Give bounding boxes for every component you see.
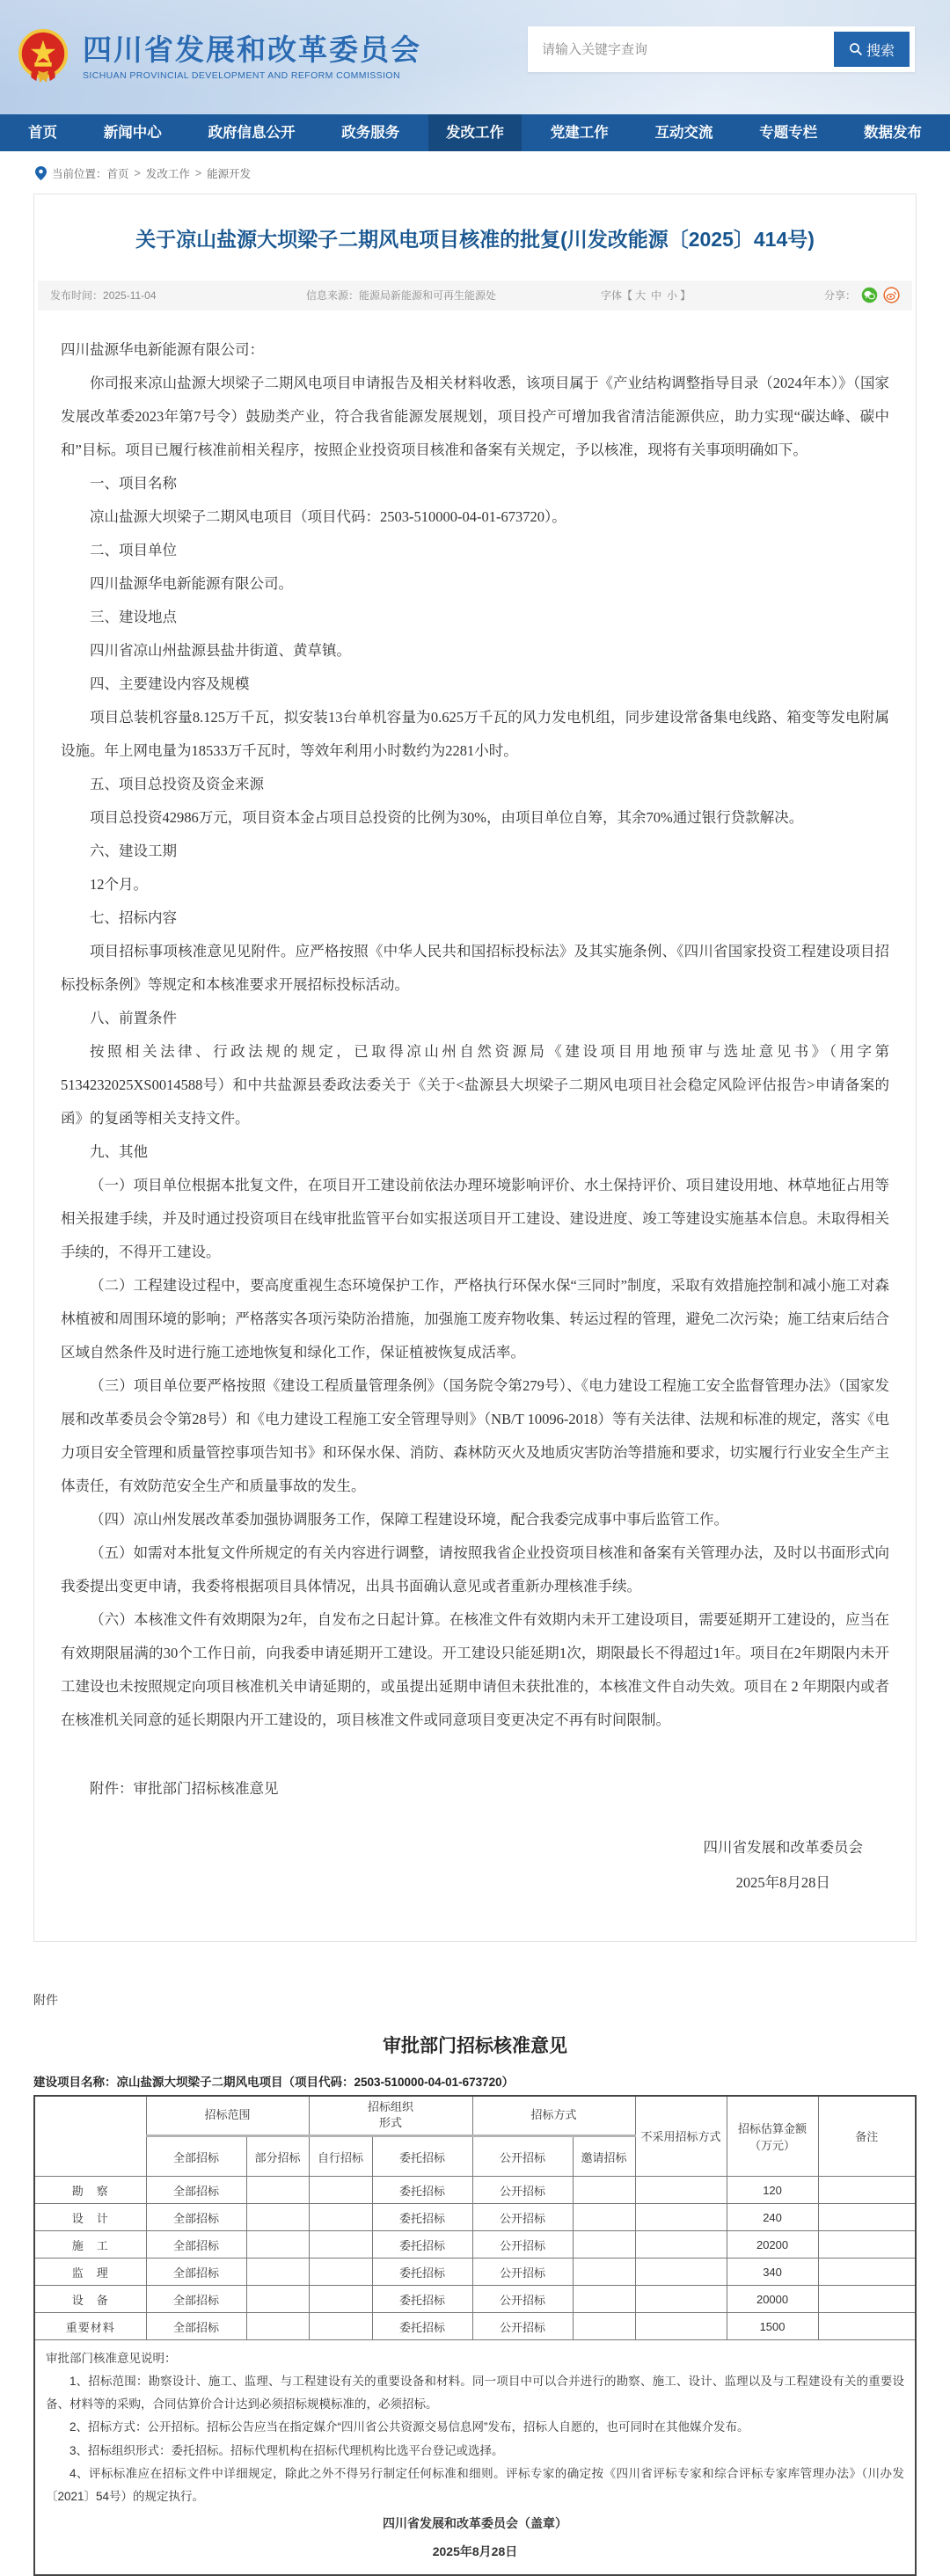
bidding-table-cell: 全部招标 [146,2204,246,2231]
nav-item-7[interactable]: 专题专栏 [742,114,835,151]
bidding-table-cell [573,2313,635,2340]
bidding-table-row: 设 备全部招标委托招标公开招标20000 [34,2286,916,2313]
bidding-table-cell [573,2231,635,2259]
section-heading: 四、主要建设内容及规模 [61,668,889,701]
font-label-open: 字体【 [601,289,632,302]
bidding-table-row: 重要材料全部招标委托招标公开招标1500 [34,2313,916,2340]
bidding-table-cell [309,2231,372,2259]
attachment-section: 附件 审批部门招标核准意见 建设项目名称：凉山盐源大坝梁子二期风电项目（项目代码… [33,1991,917,2576]
header-full-bidding: 全部招标 [146,2136,246,2177]
bidding-table-cell: 委托招标 [372,2231,472,2259]
notes-row: 审批部门核准意见说明： 1、招标范围：勘察设计、施工、监理、与工程建设有关的重要… [34,2340,916,2575]
bidding-table-cell: 委托招标 [372,2177,472,2204]
source-value: 能源局新能源和可再生能源处 [359,289,496,302]
bidding-approval-table: 招标范围 招标组织 形式 招标方式 不采用招标方式 招标估算金额（万元） 备注 … [33,2095,917,2576]
bidding-table-cell [309,2204,372,2231]
note-line-3: 4、评标标准应在招标文件中详细规定，除此之外不得另行制定任何标准和细则。评标专家… [46,2463,904,2509]
bidding-table-row: 监 理全部招标委托招标公开招标340 [34,2259,916,2286]
stamp-signature: 四川省发展和改革委员会（盖章） [46,2509,904,2537]
section-heading: 六、建设工期 [61,835,889,868]
stamp-date: 2025年8月28日 [46,2537,904,2565]
article-title: 关于凉山盐源大坝梁子二期风电项目核准的批复(川发改能源〔2025〕414号) [34,194,916,275]
paragraph: 项目总装机容量8.125万千瓦，拟安装13台单机容量为0.625万千瓦的风力发电… [61,701,889,768]
bidding-table-cell: 重要材料 [34,2313,146,2340]
nav-item-1[interactable]: 新闻中心 [86,114,179,151]
paragraph: 12个月。 [61,868,889,901]
article-box: 关于凉山盐源大坝梁子二期风电项目核准的批复(川发改能源〔2025〕414号) 发… [33,193,917,1942]
bidding-table-cell [246,2286,309,2313]
header-partial-bidding: 部分招标 [246,2136,309,2177]
breadcrumb-link-0[interactable]: 首页 [107,165,129,181]
bidding-table-row: 勘 察全部招标委托招标公开招标120 [34,2177,916,2204]
bidding-table-cell [573,2259,635,2286]
bidding-table-cell [246,2231,309,2259]
nav-item-5[interactable]: 党建工作 [533,114,626,151]
nav-item-3[interactable]: 政务服务 [324,114,417,151]
notes-list: 1、招标范围：勘察设计、施工、监理、与工程建设有关的重要设备和材料。同一项目中可… [46,2370,904,2509]
bidding-table-cell [246,2259,309,2286]
nav-item-6[interactable]: 互动交流 [638,114,731,151]
paragraph: 附件：审批部门招标核准意见 [61,1772,889,1806]
attachment-project-line: 建设项目名称：凉山盐源大坝梁子二期风电项目（项目代码：2503-510000-0… [33,2072,917,2090]
bidding-table-cell: 240 [727,2204,818,2231]
site-subtitle: SICHUAN PROVINCIAL DEVELOPMENT AND REFOR… [83,70,421,81]
bidding-table-row: 设 计全部招标委托招标公开招标240 [34,2204,916,2231]
bidding-table-cell: 全部招标 [146,2286,246,2313]
bidding-table-cell [818,2177,916,2204]
bidding-table-cell [635,2177,727,2204]
weibo-share-icon[interactable] [883,287,900,303]
search-box: 搜索 [528,26,915,72]
bidding-table-cell: 勘 察 [34,2177,146,2204]
bidding-table-cell: 设 备 [34,2286,146,2313]
bidding-table-row: 施 工全部招标委托招标公开招标20200 [34,2231,916,2259]
breadcrumb-separator: > [195,167,201,179]
breadcrumb: 当前位置： 首页>发改工作>能源开发 [0,151,950,190]
search-button-label: 搜索 [866,40,895,60]
bidding-table-cell: 20200 [727,2231,818,2259]
bidding-table-cell: 120 [727,2177,818,2204]
search-icon [849,42,863,56]
paragraph: 凉山盐源大坝梁子二期风电项目（项目代码：2503-510000-04-01-67… [61,500,889,534]
signature-block: 四川省发展和改革委员会 2025年8月28日 [704,1830,864,1901]
section-heading: 一、项目名称 [61,467,889,500]
header-open-bidding: 公开招标 [472,2136,573,2177]
breadcrumb-link-1[interactable]: 发改工作 [146,165,190,181]
bidding-table-body: 勘 察全部招标委托招标公开招标120设 计全部招标委托招标公开招标240施 工全… [34,2177,916,2340]
bidding-table-cell: 委托招标 [372,2259,472,2286]
bidding-table-cell: 委托招标 [372,2286,472,2313]
paragraph: 你司报来凉山盐源大坝梁子二期风电项目申请报告及相关材料收悉，该项目属于《产业结构… [61,367,889,467]
article-meta-bar: 发布时间：2025-11-04 信息来源：能源局新能源和可再生能源处 字体【大中… [38,281,912,310]
nav-item-0[interactable]: 首页 [11,114,75,151]
paragraph: （四）凉山州发展改革委加强协调服务工作，保障工程建设环境，配合我委完成事中事后监… [61,1503,889,1536]
bidding-table-cell [818,2313,916,2340]
font-label-close: 】 [680,289,691,302]
header-bid-scope: 招标范围 [146,2096,309,2136]
bidding-table-cell [246,2177,309,2204]
breadcrumb-items: 首页>发改工作>能源开发 [107,165,252,181]
section-heading: 九、其他 [61,1135,889,1169]
paragraph: 四川盐源华电新能源有限公司。 [61,567,889,601]
nav-item-2[interactable]: 政府信息公开 [191,114,313,151]
header-remark: 备注 [818,2096,916,2177]
notes-tbody: 审批部门核准意见说明： 1、招标范围：勘察设计、施工、监理、与工程建设有关的重要… [34,2340,916,2575]
font-size-option-0[interactable]: 大 [635,289,646,302]
section-heading: 七、招标内容 [61,901,889,935]
signature-org: 四川省发展和改革委员会 [704,1830,864,1865]
bidding-table-cell [573,2204,635,2231]
article-body: 四川盐源华电新能源有限公司：你司报来凉山盐源大坝梁子二期风电项目申请报告及相关材… [34,310,916,1806]
bidding-table-cell [818,2259,916,2286]
bidding-table-cell: 340 [727,2259,818,2286]
paragraph: （六）本核准文件有效期限为2年，自发布之日起计算。在核准文件有效期内未开工建设项… [61,1603,889,1737]
bidding-table-cell: 委托招标 [372,2204,472,2231]
bidding-table-cell: 公开招标 [472,2259,573,2286]
bidding-table-cell [635,2259,727,2286]
bidding-table-cell: 公开招标 [472,2286,573,2313]
bidding-table-cell: 监 理 [34,2259,146,2286]
header-self-bidding: 自行招标 [309,2136,372,2177]
bidding-table-cell [635,2204,727,2231]
notes-cell: 审批部门核准意见说明： 1、招标范围：勘察设计、施工、监理、与工程建设有关的重要… [34,2340,916,2575]
site-header: 四川省发展和改革委员会 SICHUAN PROVINCIAL DEVELOPME… [0,0,950,114]
bidding-table-cell [573,2286,635,2313]
bidding-table-cell [309,2313,372,2340]
notes-title: 审批部门核准意见说明： [46,2347,904,2370]
header-invited-bidding: 邀请招标 [573,2136,635,2177]
section-heading: 五、项目总投资及资金来源 [61,768,889,801]
bidding-table-cell [246,2204,309,2231]
breadcrumb-separator: > [135,167,141,179]
publish-date: 2025-11-04 [103,289,157,302]
main-nav: 首页新闻中心政府信息公开政务服务发改工作党建工作互动交流专题专栏数据发布 [0,114,950,151]
corner-header-cell [34,2096,146,2177]
national-emblem-logo [16,28,70,86]
table-header: 招标范围 招标组织 形式 招标方式 不采用招标方式 招标估算金额（万元） 备注 … [34,2096,916,2177]
table-header-row-1: 招标范围 招标组织 形式 招标方式 不采用招标方式 招标估算金额（万元） 备注 [34,2096,916,2136]
bidding-table-cell: 设 计 [34,2204,146,2231]
bidding-table-cell [635,2231,727,2259]
site-brand: 四川省发展和改革委员会 SICHUAN PROVINCIAL DEVELOPME… [16,28,421,86]
bidding-table-cell: 1500 [727,2313,818,2340]
nav-item-8[interactable]: 数据发布 [846,114,939,151]
bidding-table-cell [309,2259,372,2286]
bidding-table-cell: 全部招标 [146,2259,246,2286]
bidding-table-cell: 施 工 [34,2231,146,2259]
location-pin-icon [35,166,47,180]
section-heading: 三、建设地点 [61,601,889,634]
search-input[interactable] [528,26,834,72]
header-no-bidding: 不采用招标方式 [635,2096,727,2177]
section-heading: 八、前置条件 [61,1002,889,1035]
nav-item-4[interactable]: 发改工作 [428,114,522,151]
signature-date: 2025年8月28日 [704,1865,864,1901]
paragraph: 项目总投资42986万元，项目资本金占项目总投资的比例为30%，由项目单位自筹，… [61,801,889,835]
bidding-table-cell [246,2313,309,2340]
paragraph: （二）工程建设过程中，要高度重视生态环境保护工作，严格执行环保水保“三同时”制度… [61,1269,889,1369]
bidding-table-cell: 全部招标 [146,2177,246,2204]
bidding-table-cell: 公开招标 [472,2313,573,2340]
font-size-switcher: 字体【大中小】 [601,288,824,303]
source-label: 信息来源： [306,289,359,302]
header-bid-method: 招标方式 [472,2096,635,2136]
share-widget: 分享： [824,287,903,303]
bidding-table-cell [635,2313,727,2340]
paragraph: （一）项目单位根据本批复文件，在项目开工建设前依法办理环境影响评价、水土保持评价… [61,1169,889,1269]
font-size-links: 大中小 [632,289,680,302]
paragraph: 项目招标事项核准意见见附件。应严格按照《中华人民共和国招标投标法》及其实施条例、… [61,935,889,1002]
section-heading: 二、项目单位 [61,534,889,567]
wechat-share-icon[interactable] [861,287,878,303]
bidding-table-cell [818,2231,916,2259]
paragraph: 四川盐源华电新能源有限公司： [61,333,889,367]
site-title: 四川省发展和改革委员会 [83,33,421,67]
font-size-option-2[interactable]: 小 [667,289,677,302]
bidding-table-cell [573,2177,635,2204]
header-bid-organization: 招标组织 形式 [309,2096,472,2136]
bidding-table-cell: 委托招标 [372,2313,472,2340]
publish-label: 发布时间： [50,289,103,302]
bidding-table-cell [309,2177,372,2204]
bidding-table-cell: 全部招标 [146,2231,246,2259]
publish-time: 发布时间：2025-11-04 [47,288,306,303]
bidding-table-cell: 公开招标 [472,2204,573,2231]
attachment-title: 审批部门招标核准意见 [33,2032,917,2058]
paragraph: 按照相关法律、行政法规的规定，已取得凉山州自然资源局《建设项目用地预审与选址意见… [61,1035,889,1135]
paragraph: （三）项目单位要严格按照《建设工程质量管理条例》（国务院令第279号）、《电力建… [61,1369,889,1503]
search-button[interactable]: 搜索 [834,32,910,67]
header-estimated-amount: 招标估算金额（万元） [727,2096,818,2177]
bidding-table-cell [635,2286,727,2313]
bidding-table-cell [818,2286,916,2313]
bidding-table-cell: 公开招标 [472,2177,573,2204]
bidding-table-cell [818,2204,916,2231]
bidding-table-cell: 全部招标 [146,2313,246,2340]
brand-text: 四川省发展和改革委员会 SICHUAN PROVINCIAL DEVELOPME… [83,33,421,81]
paragraph: （五）如需对本批复文件所规定的有关内容进行调整，请按照我省企业投资项目核准和备案… [61,1536,889,1603]
header-entrusted-bidding: 委托招标 [372,2136,472,2177]
bidding-table-cell [309,2286,372,2313]
breadcrumb-prefix: 当前位置： [52,165,107,181]
breadcrumb-link-2[interactable]: 能源开发 [207,165,251,181]
note-line-0: 1、招标范围：勘察设计、施工、监理、与工程建设有关的重要设备和材料。同一项目中可… [46,2370,904,2417]
font-size-option-1[interactable]: 中 [651,289,661,302]
bidding-table-cell: 公开招标 [472,2231,573,2259]
paragraph: 四川省凉山州盐源县盐井街道、黄草镇。 [61,634,889,668]
info-source: 信息来源：能源局新能源和可再生能源处 [306,288,601,303]
note-line-1: 2、招标方式：公开招标。招标公告应当在指定媒介“四川省公共资源交易信息网”发布，… [46,2416,904,2439]
bidding-table-cell: 20000 [727,2286,818,2313]
attachment-label: 附件 [33,1991,917,2009]
share-label: 分享： [824,288,856,303]
note-line-2: 3、招标组织形式：委托招标。招标代理机构在招标代理机构比选平台登记或选择。 [46,2440,904,2463]
